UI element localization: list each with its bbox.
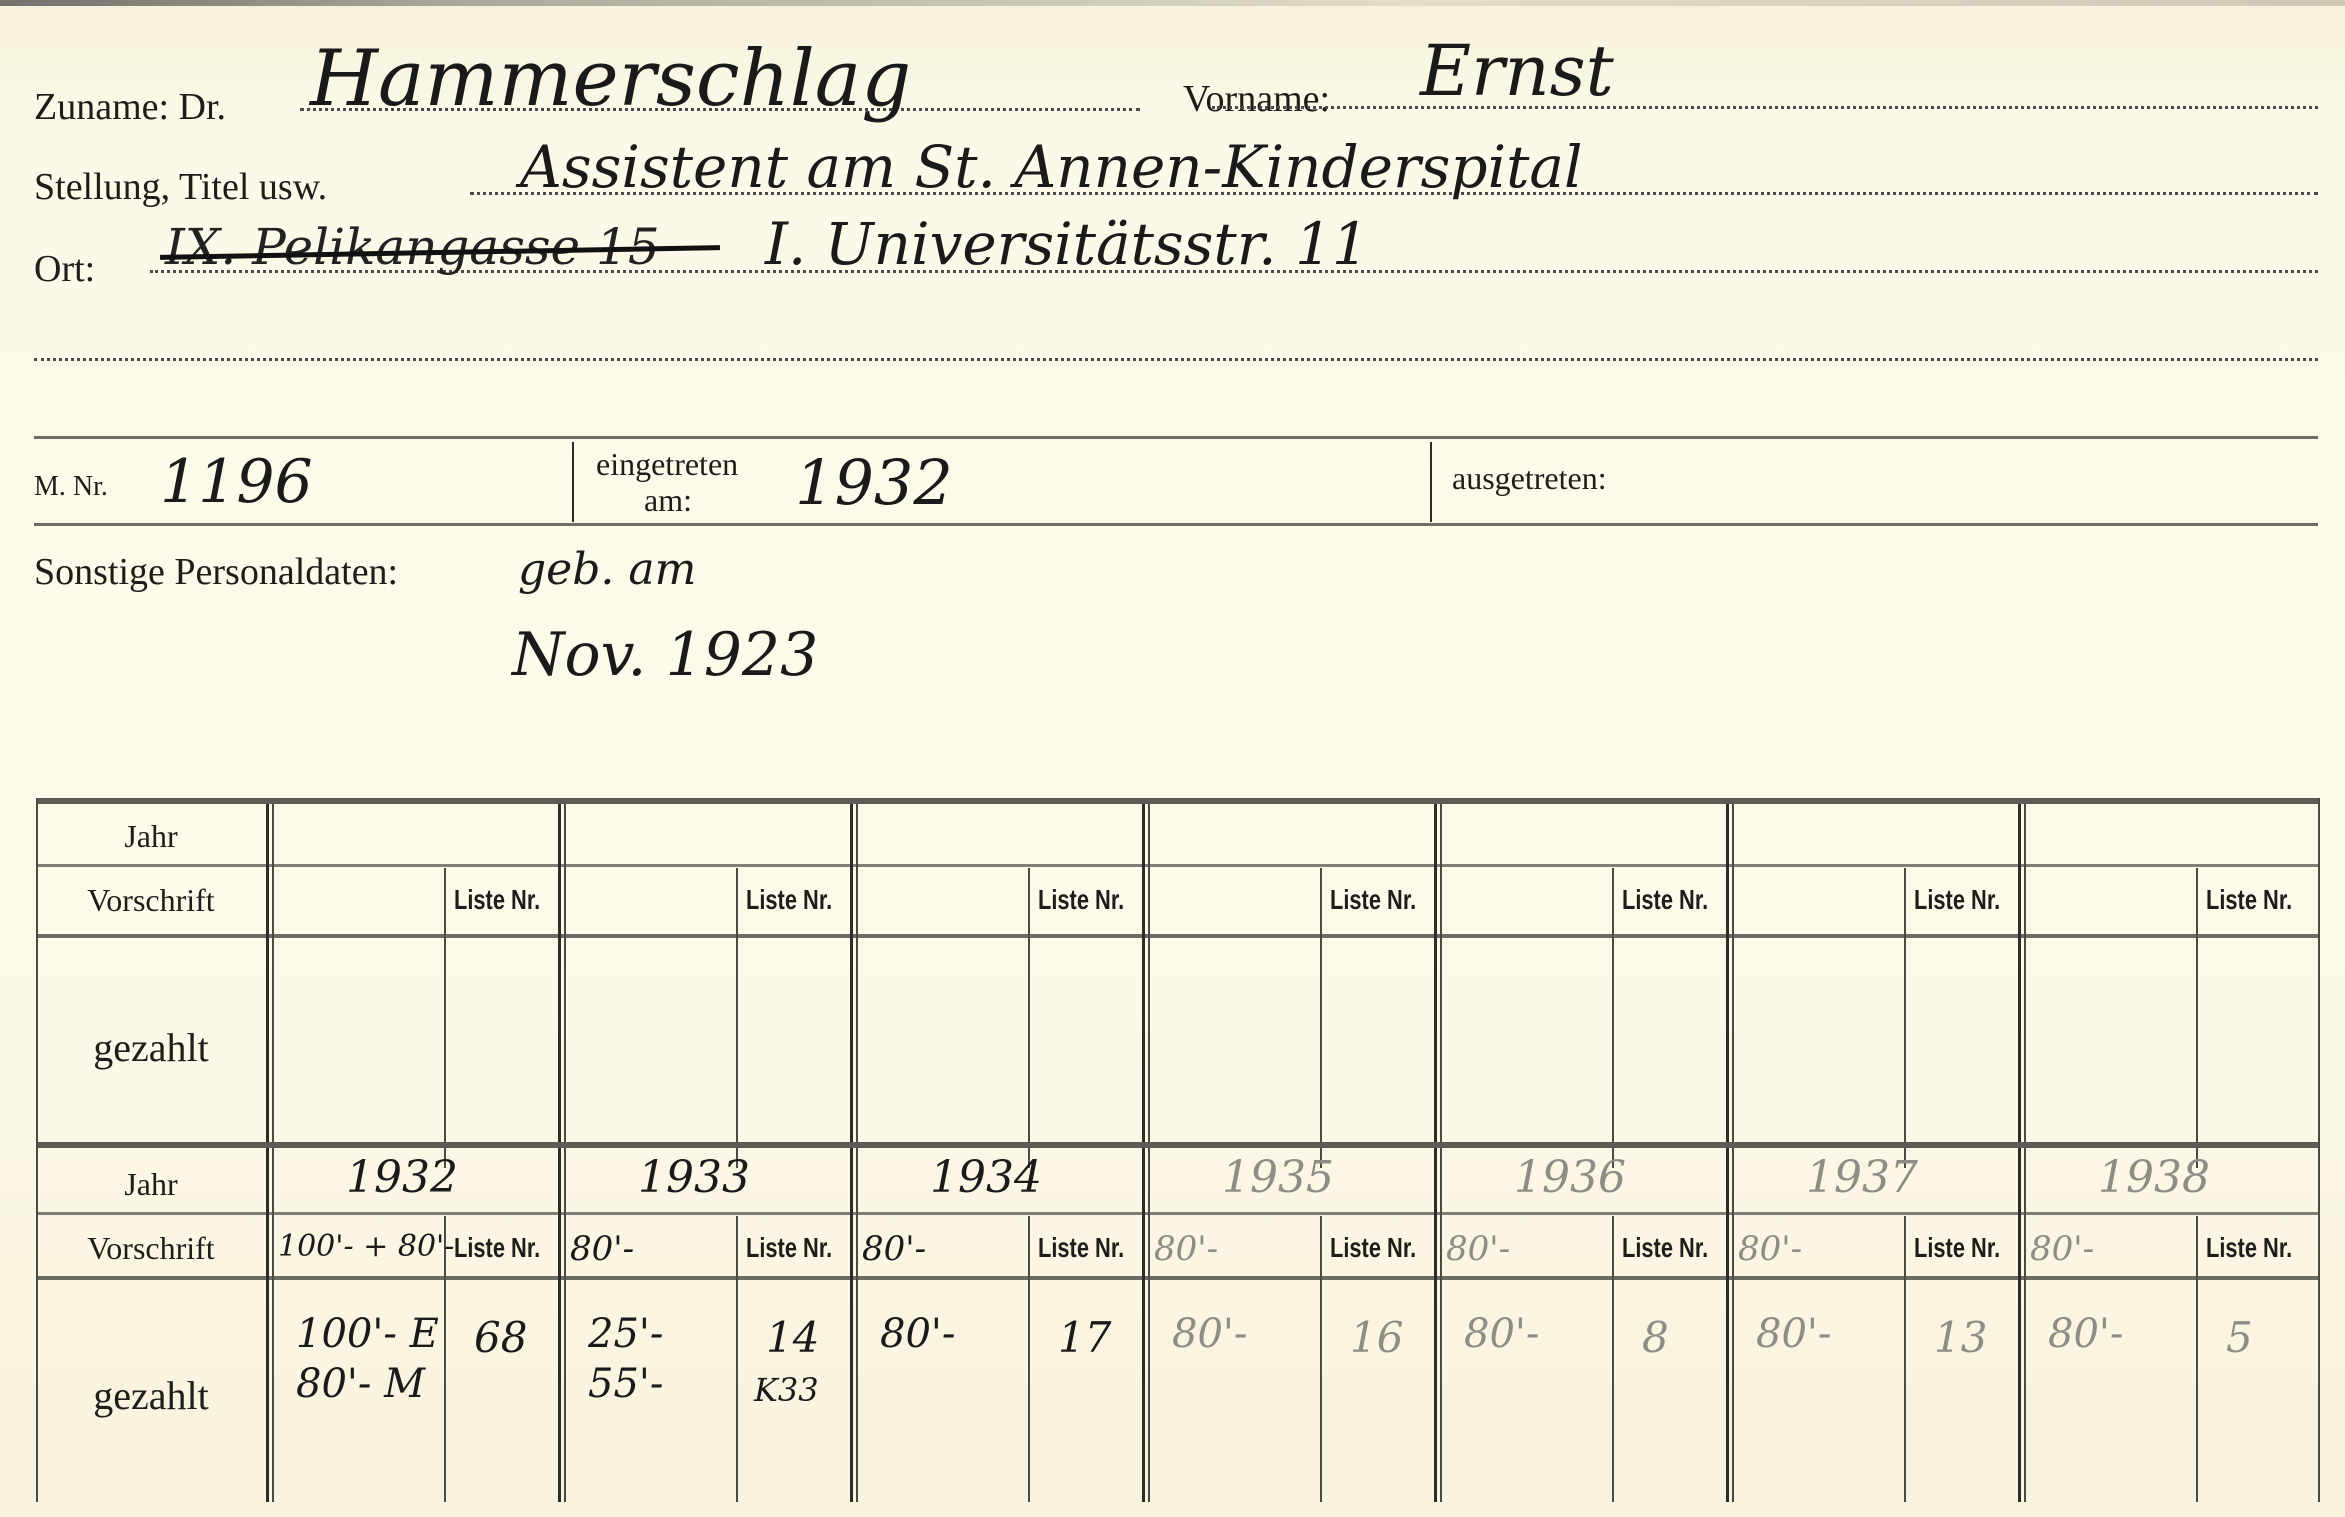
liste-nr-header: Liste Nr. (1330, 1232, 1416, 1264)
vorschrift-value: 80'- (570, 1232, 634, 1266)
year-column-divider (2018, 1148, 2021, 1502)
upper-gezahlt-label: gezahlt (36, 1024, 266, 1071)
year-column-divider-inner (564, 1148, 566, 1502)
scan-edge-shadow (0, 0, 2345, 6)
gezahlt-value-line2: 55'- (588, 1364, 663, 1404)
liste-value: 13 (1934, 1317, 1987, 1359)
liste-value: 5 (2226, 1317, 2253, 1359)
year-column-divider (1142, 1148, 1145, 1502)
liste-nr-header: Liste Nr. (1914, 884, 2000, 916)
liste-nr-header: Liste Nr. (1622, 1232, 1708, 1264)
gezahlt-value-line2: 80'- M (296, 1364, 425, 1404)
upper-right-border (2318, 798, 2320, 1168)
liste-column-divider (1320, 868, 1322, 1168)
year-column-divider-inner (272, 1148, 274, 1502)
liste-nr-header: Liste Nr. (1622, 884, 1708, 916)
mnr-label: M. Nr. (34, 473, 108, 501)
lower-payment-table: Jahr Vorschrift gezahlt Liste Nr.1932100… (36, 1142, 2320, 1502)
lower-jahr-rule (36, 1212, 2320, 1215)
vorschrift-value: 80'- (862, 1232, 926, 1266)
zuname-label: Zuname: Dr. (34, 88, 226, 126)
year-column-divider-inner (1440, 1148, 1442, 1502)
gezahlt-value: 80'- (1756, 1314, 1831, 1354)
liste-column-divider (736, 1216, 738, 1502)
year-column-divider (266, 804, 269, 1168)
liste-column-divider (1904, 1216, 1906, 1502)
year-column-divider (558, 1148, 561, 1502)
liste-nr-header: Liste Nr. (746, 1232, 832, 1264)
sonstige-label: Sonstige Personaldaten: (34, 553, 398, 591)
year-column-divider (2018, 804, 2021, 1168)
jahr-value: 1934 (930, 1156, 1042, 1200)
jahr-value: 1932 (346, 1156, 458, 1200)
year-column-divider (1434, 1148, 1437, 1502)
jahr-value: 1933 (638, 1156, 750, 1200)
zuname-value: Hammerschlag (310, 40, 911, 118)
vorschrift-value: 80'- (1154, 1232, 1218, 1266)
vorname-line (1212, 106, 2318, 109)
vorschrift-value: 80'- (1446, 1232, 1510, 1266)
year-column-divider-inner (1440, 804, 1442, 1168)
year-column-divider (850, 804, 853, 1168)
ort-label: Ort: (34, 250, 95, 288)
liste-nr-header: Liste Nr. (2206, 1232, 2292, 1264)
liste-column-divider (444, 868, 446, 1168)
vorname-value: Ernst (1420, 36, 1614, 106)
upper-jahr-label: Jahr (36, 818, 266, 855)
gezahlt-value: 100'- E (296, 1314, 439, 1354)
lower-jahr-label: Jahr (36, 1166, 266, 1203)
year-column-divider-inner (1732, 1148, 1734, 1502)
gezahlt-value: 80'- (2048, 1314, 2123, 1354)
lower-table-top-rule (36, 1142, 2320, 1148)
liste-value: 17 (1058, 1317, 1111, 1359)
year-column-divider-inner (856, 804, 858, 1168)
upper-vorschrift-label: Vorschrift (36, 882, 266, 919)
ort-value: I. Universitätsstr. 11 (765, 215, 1369, 273)
lower-right-border (2318, 1142, 2320, 1502)
liste-nr-header: Liste Nr. (454, 1232, 540, 1264)
liste-nr-header: Liste Nr. (1914, 1232, 2000, 1264)
liste-column-divider (1028, 1216, 1030, 1502)
eingetreten-value: 1932 (795, 452, 953, 514)
liste-column-divider (1028, 868, 1030, 1168)
mnr-divider-1 (572, 442, 574, 522)
liste-value-line2: K33 (754, 1374, 819, 1406)
liste-value: 16 (1350, 1317, 1403, 1359)
upper-vorschrift-rule (36, 934, 2320, 938)
vorname-label: Vorname: (1183, 80, 1330, 118)
year-column-divider-inner (2024, 1148, 2026, 1502)
year-column-divider-inner (2024, 804, 2026, 1168)
year-column-divider (1726, 1148, 1729, 1502)
jahr-value: 1935 (1222, 1156, 1334, 1200)
year-column-divider-inner (1148, 1148, 1150, 1502)
jahr-value: 1936 (1514, 1156, 1626, 1200)
year-column-divider (1142, 804, 1145, 1168)
mnr-bottom-rule (34, 523, 2318, 526)
blank-line (34, 358, 2318, 361)
stellung-label: Stellung, Titel usw. (34, 168, 327, 206)
jahr-value: 1938 (2098, 1156, 2210, 1200)
liste-column-divider (1320, 1216, 1322, 1502)
liste-value: 68 (474, 1317, 527, 1359)
liste-nr-header: Liste Nr. (2206, 884, 2292, 916)
liste-value: 8 (1642, 1317, 1669, 1359)
liste-nr-header: Liste Nr. (1038, 1232, 1124, 1264)
liste-column-divider (2196, 1216, 2198, 1502)
year-column-divider (266, 1148, 269, 1502)
liste-nr-header: Liste Nr. (746, 884, 832, 916)
sonstige-value-line1: geb. am (518, 548, 696, 592)
lower-gezahlt-label: gezahlt (36, 1372, 266, 1419)
upper-table-top-rule (36, 798, 2320, 804)
gezahlt-value: 25'- (588, 1314, 663, 1354)
liste-nr-header: Liste Nr. (1330, 884, 1416, 916)
year-column-divider-inner (272, 804, 274, 1168)
upper-payment-table: Jahr Vorschrift gezahlt Liste Nr.Liste N… (36, 798, 2320, 1168)
year-column-divider-inner (1732, 804, 1734, 1168)
year-column-divider-inner (1148, 804, 1150, 1168)
liste-column-divider (1904, 868, 1906, 1168)
liste-column-divider (2196, 868, 2198, 1168)
year-column-divider-inner (856, 1148, 858, 1502)
liste-column-divider (1612, 868, 1614, 1168)
year-column-divider-inner (564, 804, 566, 1168)
vorschrift-value: 80'- (2030, 1232, 2094, 1266)
lower-vorschrift-rule (36, 1276, 2320, 1280)
vorschrift-value: 100'- + 80'- (278, 1232, 454, 1262)
jahr-value: 1937 (1806, 1156, 1918, 1200)
stellung-value: Assistent am St. Annen-Kinderspital (520, 138, 1583, 196)
mnr-value: 1196 (160, 452, 313, 512)
year-column-divider (1434, 804, 1437, 1168)
year-column-divider (558, 804, 561, 1168)
liste-nr-header: Liste Nr. (454, 884, 540, 916)
lower-vorschrift-label: Vorschrift (36, 1230, 266, 1267)
gezahlt-value: 80'- (1172, 1314, 1247, 1354)
liste-nr-header: Liste Nr. (1038, 884, 1124, 916)
upper-jahr-rule (36, 864, 2320, 867)
sonstige-value-line2: Nov. 1923 (512, 625, 818, 685)
membership-card: Zuname: Dr. Hammerschlag Vorname: Ernst … (0, 0, 2345, 1517)
eingetreten-label: eingetreten (596, 448, 738, 480)
vorschrift-value: 80'- (1738, 1232, 1802, 1266)
gezahlt-value: 80'- (880, 1314, 955, 1354)
liste-column-divider (736, 868, 738, 1168)
mnr-divider-2 (1430, 442, 1432, 522)
year-column-divider (1726, 804, 1729, 1168)
ausgetreten-label: ausgetreten: (1452, 462, 1607, 494)
mnr-top-rule (34, 436, 2318, 439)
eingetreten-am-label: am: (644, 484, 692, 516)
liste-value: 14 (766, 1317, 819, 1359)
liste-column-divider (1612, 1216, 1614, 1502)
gezahlt-value: 80'- (1464, 1314, 1539, 1354)
year-column-divider (850, 1148, 853, 1502)
